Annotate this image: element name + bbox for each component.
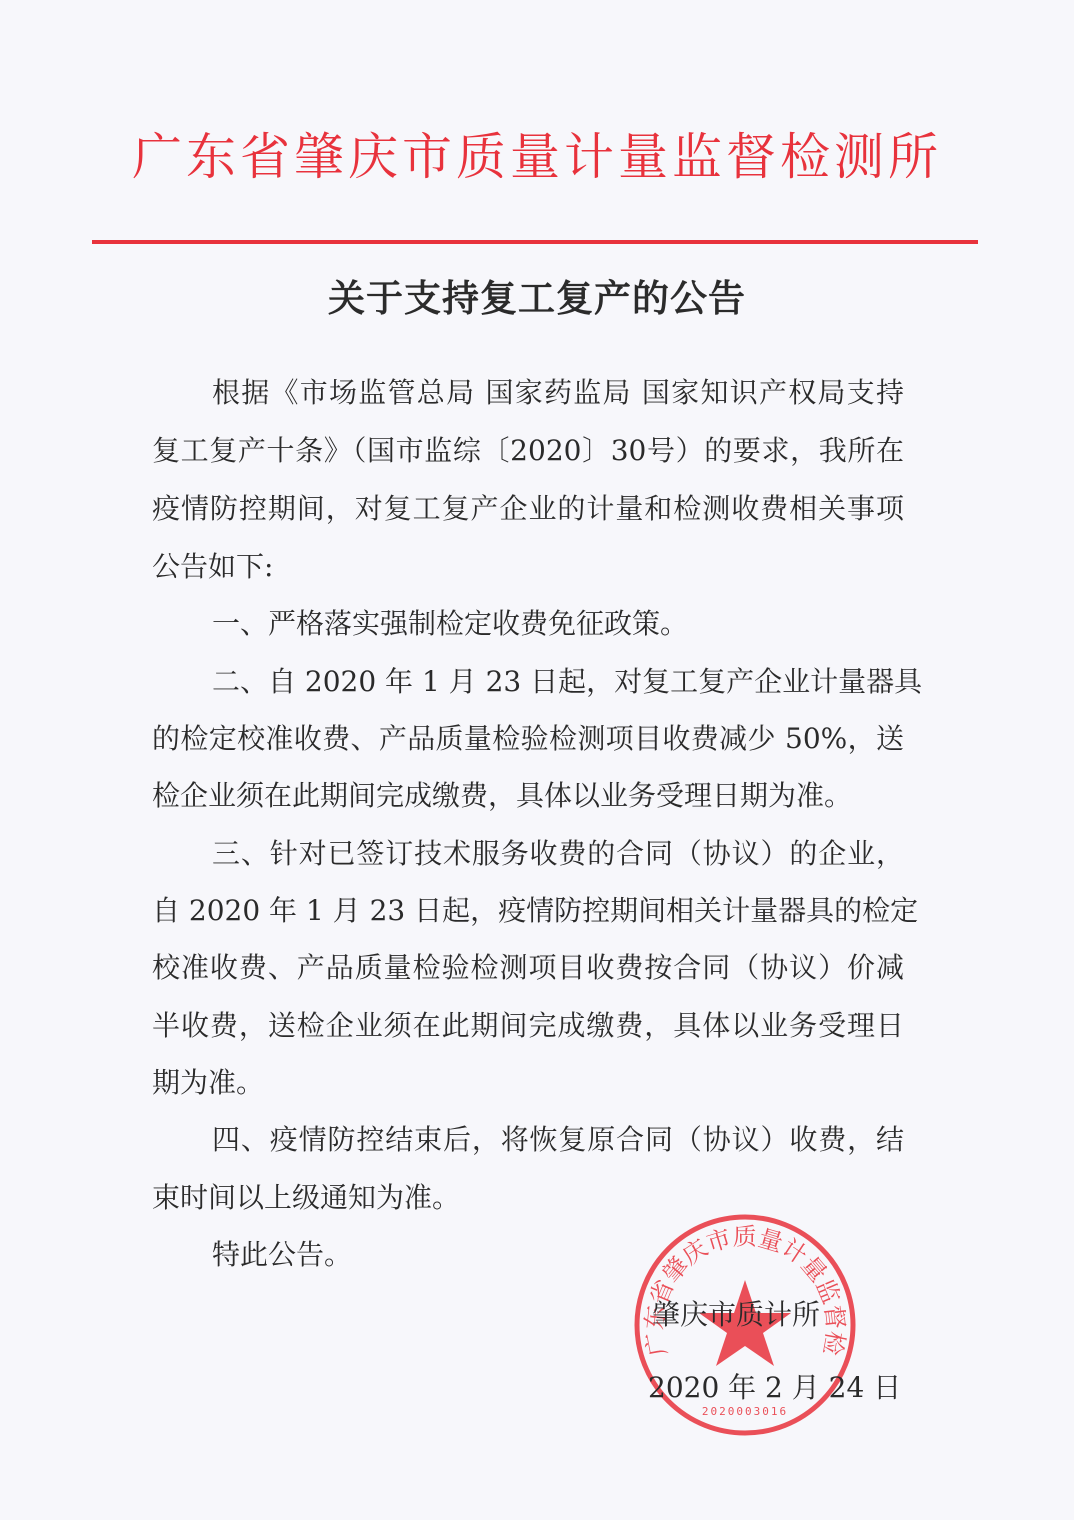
body-line: 校准收费、产品质量检验检测项目收费按合同（协议）价减	[152, 948, 904, 988]
body-line: 复工复产十条》（国市监综〔2020〕30号）的要求，我所在	[152, 431, 904, 471]
body-line: 四、疫情防控结束后，将恢复原合同（协议）收费，结	[212, 1120, 904, 1160]
issuer-name: 肇庆市质计所	[652, 1295, 820, 1335]
red-divider	[92, 240, 978, 244]
document-title: 关于支持复工复产的公告	[0, 270, 1074, 326]
organization-header: 广东省肇庆市质量计量监督检测所	[0, 125, 1074, 189]
body-line: 半收费，送检企业须在此期间完成缴费，具体以业务受理日	[152, 1006, 904, 1046]
body-line: 期为准。	[152, 1063, 904, 1103]
body-line: 根据《市场监管总局 国家药监局 国家知识产权局支持	[212, 373, 904, 413]
body-line: 疫情防控期间，对复工复产企业的计量和检测收费相关事项	[152, 489, 904, 529]
body-line: 检企业须在此期间完成缴费，具体以业务受理日期为准。	[152, 776, 904, 816]
body-line: 的检定校准收费、产品质量检验检测项目收费减少 50%，送	[152, 719, 904, 759]
body-line: 二、自 2020 年 1 月 23 日起，对复工复产企业计量器具	[212, 662, 904, 702]
issue-date: 2020 年 2 月 24 日	[648, 1368, 901, 1408]
body-line: 三、针对已签订技术服务收费的合同（协议）的企业，	[212, 834, 904, 874]
body-line: 公告如下:	[152, 547, 904, 587]
document-page: 广东省肇庆市质量计量监督检测所 关于支持复工复产的公告 根据《市场监管总局 国家…	[0, 0, 1074, 1520]
body-line: 一、严格落实强制检定收费免征政策。	[212, 604, 904, 644]
body-line: 自 2020 年 1 月 23 日起，疫情防控期间相关计量器具的检定	[152, 891, 904, 931]
